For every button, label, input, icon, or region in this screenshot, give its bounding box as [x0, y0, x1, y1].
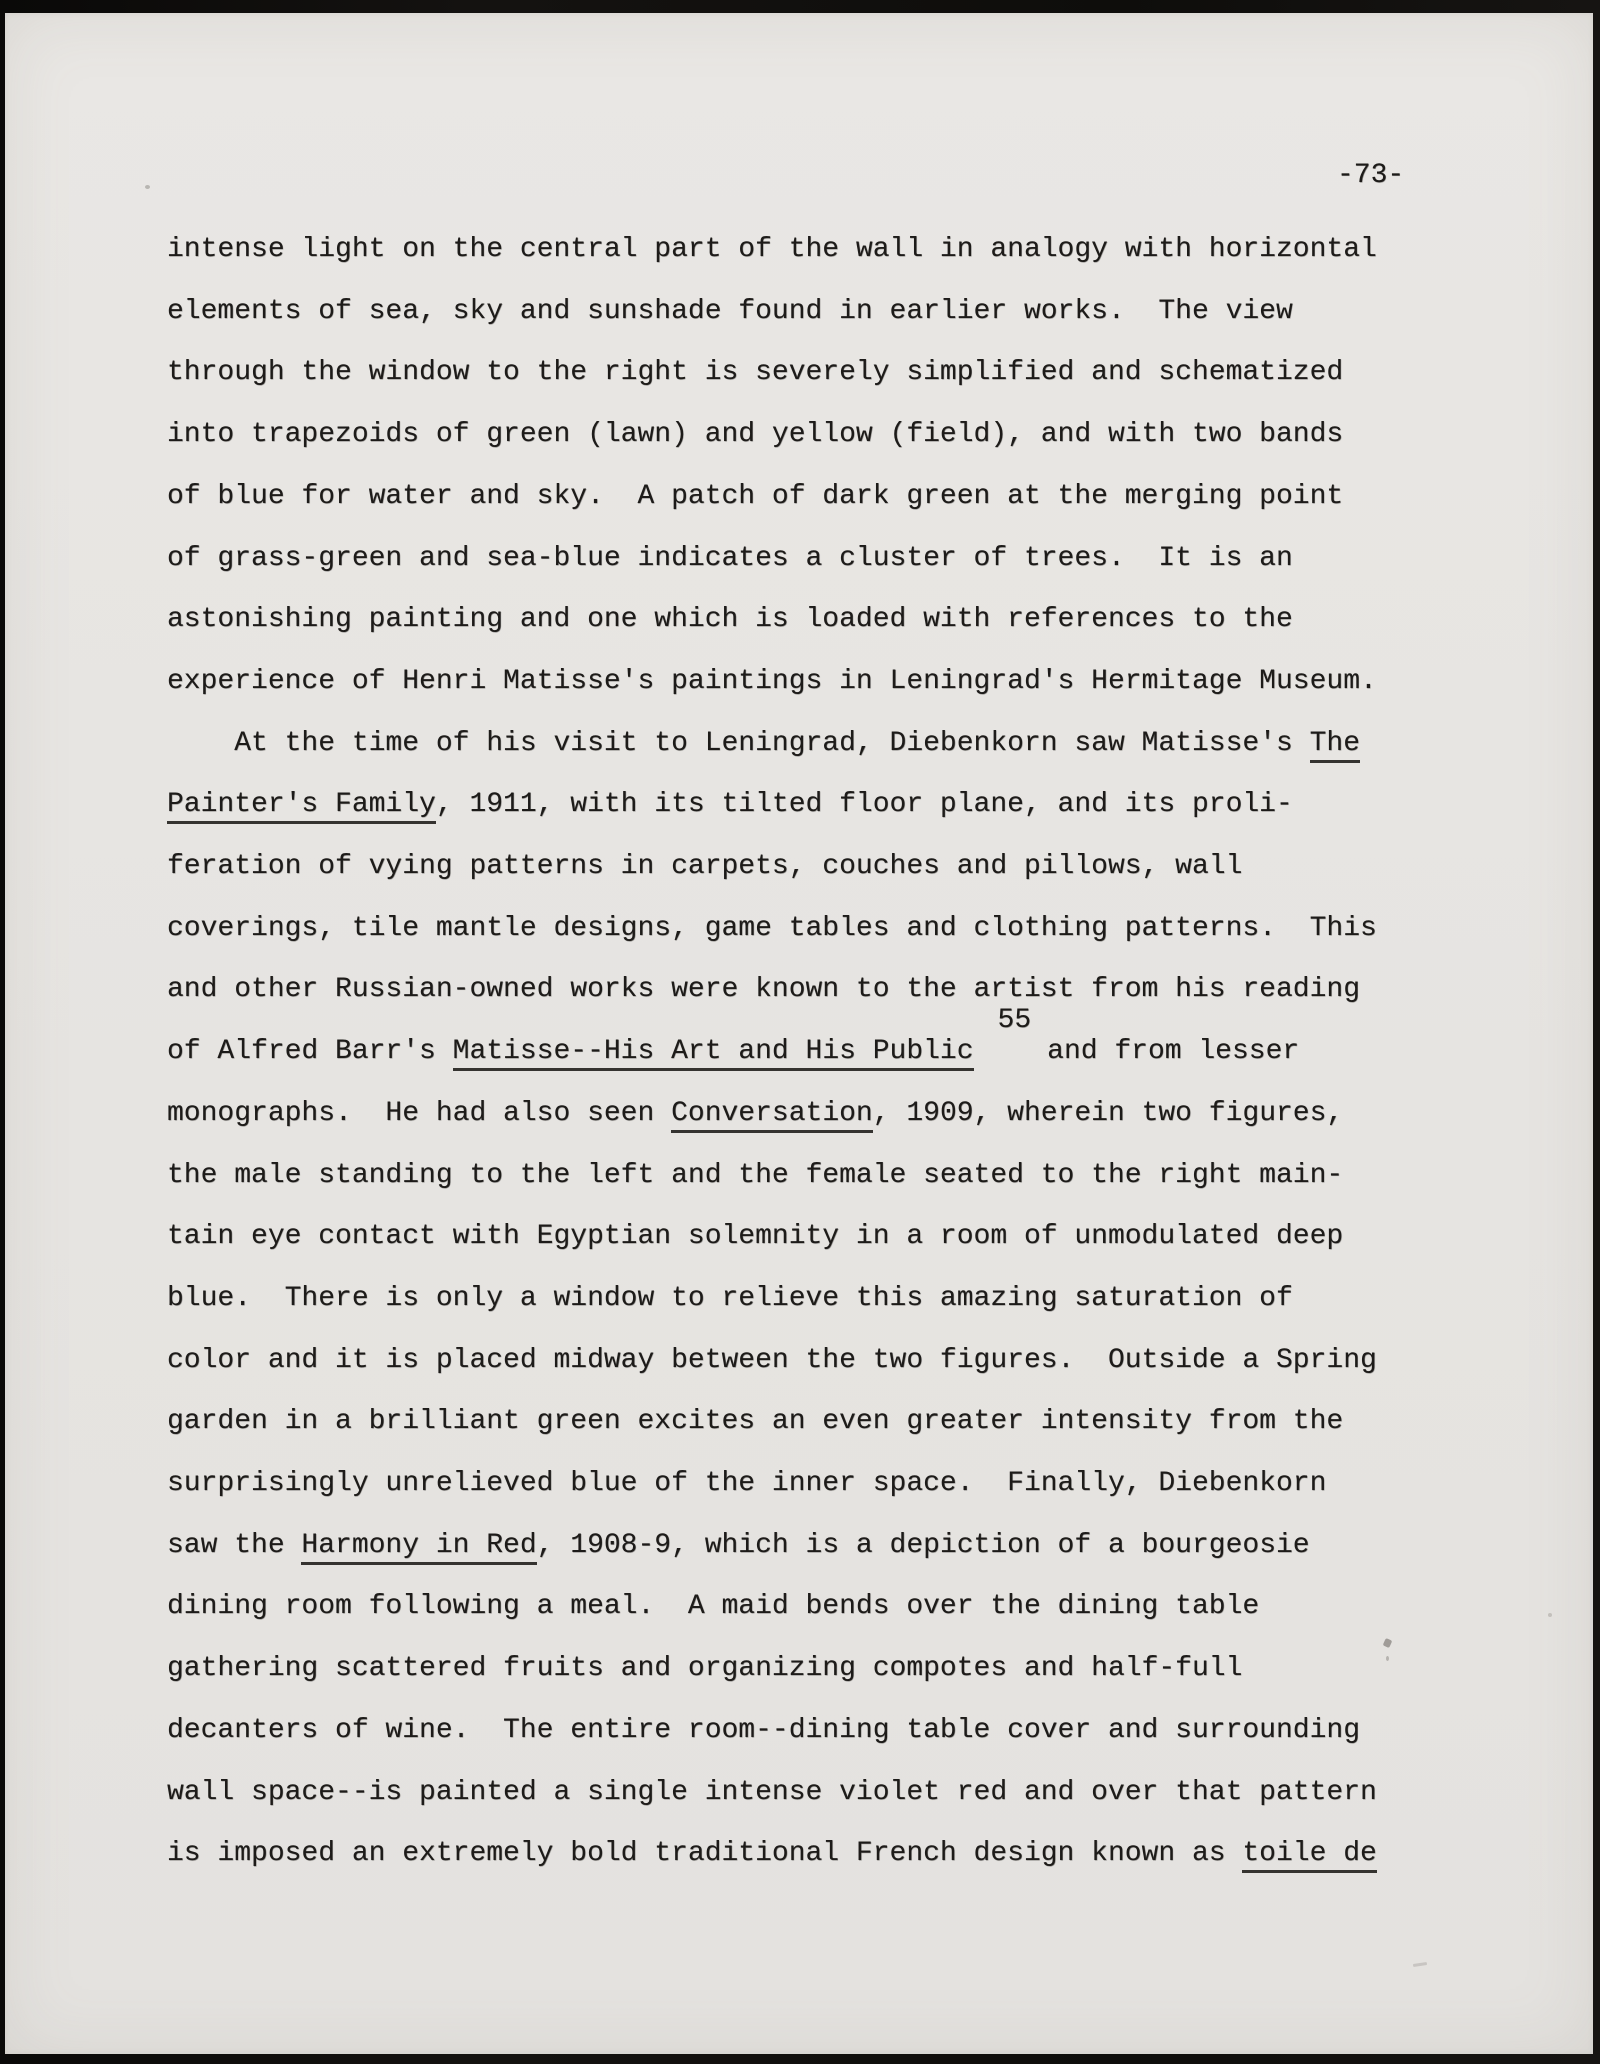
text-line: into trapezoids of green (lawn) and yell…	[167, 404, 1457, 466]
underlined-title-the-painters-family: Painter's Family	[167, 789, 436, 824]
text-line: At the time of his visit to Leningrad, D…	[167, 713, 1457, 775]
underlined-title-the-painters-family: The	[1310, 728, 1360, 763]
text-line: the male standing to the left and the fe…	[167, 1145, 1457, 1207]
text-line: of blue for water and sky. A patch of da…	[167, 466, 1457, 528]
text-line: through the window to the right is sever…	[167, 342, 1457, 404]
text-line: blue. There is only a window to relieve …	[167, 1268, 1457, 1330]
text-line: feration of vying patterns in carpets, c…	[167, 836, 1457, 898]
scan-speck	[1413, 1962, 1427, 1967]
text-segment: At the time of his visit to Leningrad, D…	[167, 728, 1310, 759]
text-line: coverings, tile mantle designs, game tab…	[167, 898, 1457, 960]
text-segment: , 1909, wherein two figures,	[873, 1098, 1343, 1129]
text-segment: is imposed an extremely bold traditional…	[167, 1838, 1242, 1869]
text-segment: , 1908-9, which is a depiction of a bour…	[537, 1530, 1310, 1561]
text-line: Painter's Family, 1911, with its tilted …	[167, 774, 1457, 836]
body-text: intense light on the central part of the…	[167, 219, 1457, 1885]
text-segment: saw the	[167, 1530, 301, 1561]
text-line: garden in a brilliant green excites an e…	[167, 1391, 1457, 1453]
footnote-reference-55: 55	[998, 1005, 1032, 1036]
text-line: astonishing painting and one which is lo…	[167, 589, 1457, 651]
text-line: gathering scattered fruits and organizin…	[167, 1638, 1457, 1700]
text-line: elements of sea, sky and sunshade found …	[167, 281, 1457, 343]
text-segment: and from lesser	[1047, 1036, 1299, 1067]
text-segment: of Alfred Barr's	[167, 1036, 453, 1067]
text-line: experience of Henri Matisse's paintings …	[167, 651, 1457, 713]
scan-speck	[1386, 1656, 1389, 1661]
text-line: decanters of wine. The entire room--dini…	[167, 1700, 1457, 1762]
scan-speck	[1548, 1613, 1552, 1617]
text-line: dining room following a meal. A maid ben…	[167, 1576, 1457, 1638]
text-line: monographs. He had also seen Conversatio…	[167, 1083, 1457, 1145]
text-line: tain eye contact with Egyptian solemnity…	[167, 1206, 1457, 1268]
underlined-title-conversation: Conversation	[671, 1098, 873, 1133]
text-line: surprisingly unrelieved blue of the inne…	[167, 1453, 1457, 1515]
text-line: color and it is placed midway between th…	[167, 1330, 1457, 1392]
text-line: is imposed an extremely bold traditional…	[167, 1823, 1457, 1885]
text-line: saw the Harmony in Red, 1908-9, which is…	[167, 1515, 1457, 1577]
text-line: of grass-green and sea-blue indicates a …	[167, 528, 1457, 590]
page-number: -73-	[1337, 160, 1404, 191]
text-line: wall space--is painted a single intense …	[167, 1762, 1457, 1824]
text-segment: monographs. He had also seen	[167, 1098, 671, 1129]
underlined-title-matisse-his-art-and-his-public: Matisse--His Art and His Public	[453, 1036, 974, 1071]
typescript-page: -73- intense light on the central part o…	[5, 13, 1593, 2054]
text-line: intense light on the central part of the…	[167, 219, 1457, 281]
underlined-title-toile-de: toile de	[1242, 1838, 1376, 1873]
text-segment: , 1911, with its tilted floor plane, and…	[436, 789, 1293, 820]
scan-speck	[145, 185, 150, 189]
text-line: of Alfred Barr's Matisse--His Art and Hi…	[167, 1021, 1457, 1083]
film-scan-border: -73- intense light on the central part o…	[0, 0, 1600, 2064]
underlined-title-harmony-in-red: Harmony in Red	[301, 1530, 536, 1565]
text-line: and other Russian-owned works were known…	[167, 959, 1457, 1021]
